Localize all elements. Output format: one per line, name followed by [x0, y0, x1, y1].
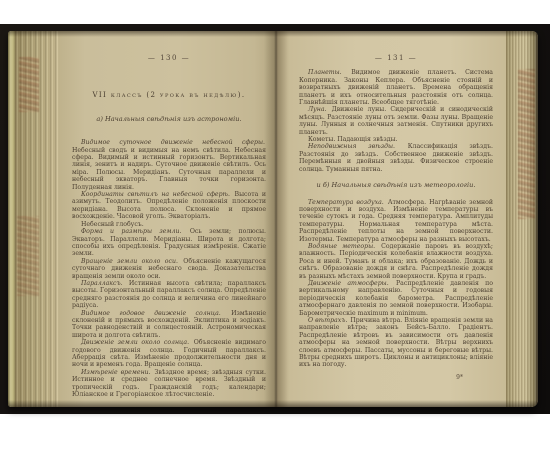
paragraph: Луна. Движеніе луны. Сидерическій и сино… — [299, 106, 493, 136]
marbled-edge-spot — [19, 57, 39, 112]
paragraph: Видимое суточное движеніе небесной сферы… — [72, 139, 266, 191]
paragraph: Параллаксъ. Истинная высота свѣтила; пар… — [72, 280, 266, 310]
paragraph: Неподвижныя звѣзды. Классификація звѣздъ… — [299, 143, 493, 173]
paragraph-lead: Планеты. — [308, 69, 351, 76]
paragraph-lead: Луна. — [308, 106, 332, 113]
left-page-body: Видимое суточное движеніе небесной сферы… — [72, 139, 266, 398]
paragraph-lead: Движеніе земли около солнца. — [81, 339, 194, 346]
paragraph: Вращеніе земли около оси. Объясненіе каж… — [72, 258, 266, 280]
paragraph-lead: Параллаксъ. — [81, 280, 129, 287]
paragraph-lead: Вращеніе земли около оси. — [81, 258, 183, 265]
page-number: — 131 — — [299, 55, 493, 62]
marbled-edge-spot — [17, 216, 39, 296]
section-heading: и б) Начальныя свѣдѣнія изъ метеорологіи… — [299, 182, 493, 189]
paragraph-lead: Форма и размѣры земли. — [81, 228, 190, 235]
paragraph: Видимое годовое движеніе солнца. Измѣнен… — [72, 310, 266, 340]
paragraph: Планеты. Видимое движеніе планетъ. Систе… — [299, 69, 493, 106]
paragraph: Температура воздуха. Атмосфера. Нагрѣван… — [299, 199, 493, 243]
paragraph-lead: Координаты свѣтилъ на небесной сферѣ. — [81, 191, 235, 198]
paragraph: Водяные метеоры. Содержаніе паровъ въ во… — [299, 243, 493, 280]
paragraph-lead: Движеніе атмосферы. — [308, 280, 396, 287]
paragraph: Небесный глобусъ. — [72, 221, 266, 228]
open-book: — 130 — VII классъ (2 урока въ недѣлю). … — [8, 31, 538, 407]
left-page-text: — 130 — VII классъ (2 урока въ недѣлю). … — [72, 55, 266, 398]
right-page-body-top: Планеты. Видимое движеніе планетъ. Систе… — [299, 69, 493, 173]
paragraph: Координаты свѣтилъ на небесной сферѣ. Вы… — [72, 191, 266, 221]
paragraph: Движеніе земли около солнца. Объясненіе … — [72, 339, 266, 369]
section-subheading: а) Начальныя свѣдѣнія изъ астрономіи. — [72, 116, 266, 123]
paragraph: О вѣтрахъ. Причина вѣтра. Вліяніе вращен… — [299, 317, 493, 369]
page-number: — 130 — — [72, 55, 266, 62]
paragraph-lead: Водяные метеоры. — [308, 243, 381, 250]
paragraph: Кометы. Падающія звѣзды. — [299, 136, 493, 143]
book-cover-edge — [8, 31, 15, 407]
paragraph-lead: Температура воздуха. — [308, 199, 388, 206]
right-page-body-bottom: Температура воздуха. Атмосфера. Нагрѣван… — [299, 199, 493, 369]
right-page-text: — 131 — Планеты. Видимое движеніе планет… — [299, 55, 493, 381]
marbled-edge-spot — [518, 69, 535, 219]
paragraph-lead: Видимое суточное движеніе небесной сферы… — [81, 139, 266, 146]
paragraph: Измѣреніе времени. Звѣздное время; звѣзд… — [72, 369, 266, 399]
signature-mark: 9* — [299, 374, 493, 381]
paragraph: Форма и размѣры земли. Ось земли; полюсы… — [72, 228, 266, 258]
photo-background: — 130 — VII классъ (2 урока въ недѣлю). … — [0, 24, 550, 414]
paragraph: Движеніе атмосферы. Распредѣленіе давлен… — [299, 280, 493, 317]
paragraph-lead: Неподвижныя звѣзды. — [308, 143, 408, 150]
paragraph-lead: Измѣреніе времени. — [81, 369, 154, 376]
paragraph-lead: Видимое годовое движеніе солнца. — [81, 310, 231, 317]
paragraph-lead: О вѣтрахъ. — [308, 317, 350, 324]
chapter-heading: VII классъ (2 урока въ недѣлю). — [72, 92, 266, 99]
